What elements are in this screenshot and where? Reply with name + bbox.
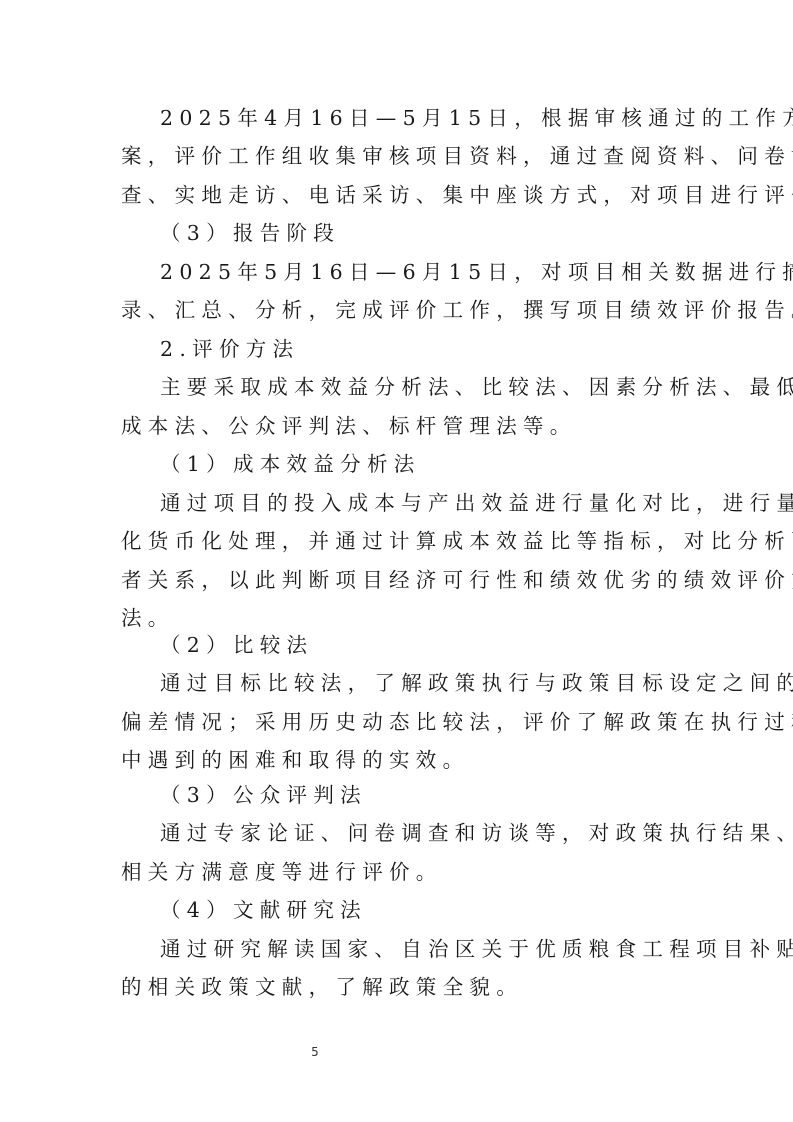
- document-page: 2025年4月16日—5月15日，根据审核通过的工作方 案，评价工作组收集审核项…: [0, 0, 793, 1122]
- paragraph-line: 通过研究解读国家、自治区关于优质粮食工程项目补贴: [160, 934, 720, 964]
- paragraph-line: 相关方满意度等进行评价。: [121, 857, 681, 887]
- paragraph-line: 2025年5月16日—6月15日，对项目相关数据进行摘: [160, 257, 720, 287]
- section-heading-literature-research: （4）文献研究法: [160, 895, 720, 925]
- paragraph-line: 成本法、公众评判法、标杆管理法等。: [121, 411, 681, 441]
- section-heading-evaluation-methods: 2.评价方法: [160, 334, 720, 364]
- paragraph-line: 化货币化处理，并通过计算成本效益比等指标，对比分析两: [121, 526, 681, 556]
- section-heading-public-evaluation: （3）公众评判法: [160, 780, 720, 810]
- paragraph-line: 通过专家论证、问卷调查和访谈等，对政策执行结果、: [160, 818, 720, 848]
- paragraph-line: 的相关政策文献，了解政策全貌。: [121, 972, 681, 1002]
- paragraph-line: 通过项目的投入成本与产出效益进行量化对比，进行量: [160, 488, 720, 518]
- paragraph-line: 主要采取成本效益分析法、比较法、因素分析法、最低: [160, 372, 720, 402]
- paragraph-line: 案，评价工作组收集审核项目资料，通过查阅资料、问卷调: [121, 141, 681, 171]
- section-heading-cost-benefit: （1）成本效益分析法: [160, 449, 720, 479]
- paragraph-line: 者关系，以此判断项目经济可行性和绩效优劣的绩效评价方: [121, 565, 681, 595]
- paragraph-line: 偏差情况；采用历史动态比较法，评价了解政策在执行过程: [121, 707, 681, 737]
- paragraph-line: 通过目标比较法，了解政策执行与政策目标设定之间的: [160, 668, 720, 698]
- page-number: 5: [308, 1045, 322, 1059]
- paragraph-line: 2025年4月16日—5月15日，根据审核通过的工作方: [160, 103, 720, 133]
- paragraph-line: 中遇到的困难和取得的实效。: [121, 745, 681, 775]
- paragraph-line: 录、汇总、分析，完成评价工作，撰写项目绩效评价报告。: [121, 295, 681, 325]
- section-heading-report-stage: （3）报告阶段: [160, 218, 720, 248]
- paragraph-line: 查、实地走访、电话采访、集中座谈方式，对项目进行评价。: [121, 180, 681, 210]
- paragraph-line: 法。: [121, 603, 681, 633]
- section-heading-comparison: （2）比较法: [160, 630, 720, 660]
